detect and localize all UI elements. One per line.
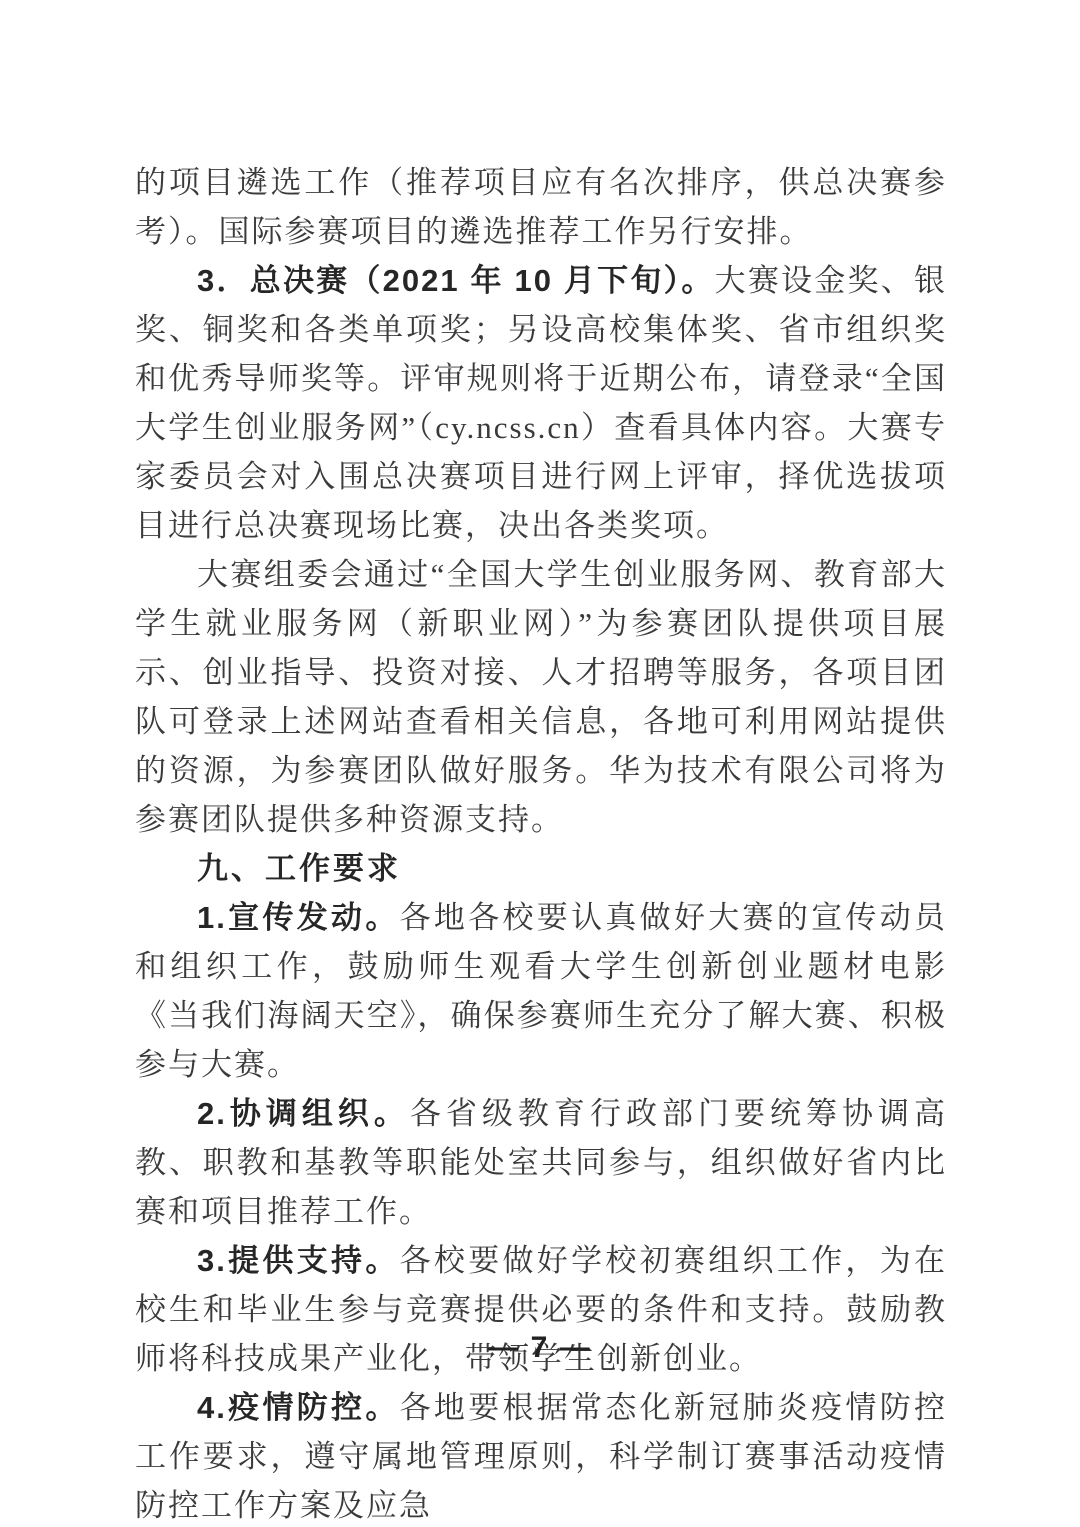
paragraph-text: 的项目遴选工作（推荐项目应有名次排序，供总决赛参考）。国际参赛项目的遴选推荐工作… [135, 165, 947, 249]
paragraph-continuation: 的项目遴选工作（推荐项目应有名次排序，供总决赛参考）。国际参赛项目的遴选推荐工作… [135, 158, 947, 256]
paragraph-text: 大赛组委会通过“全国大学生创业服务网、教育部大学生就业服务网（新职业网）”为参赛… [135, 557, 947, 837]
paragraph-text: 大赛设金奖、银奖、铜奖和各类单项奖；另设高校集体奖、省市组织奖和优秀导师奖等。评… [135, 263, 947, 543]
paragraph-epidemic-prevention: 4.疫情防控。各地要根据常态化新冠肺炎疫情防控工作要求，遵守属地管理原则，科学制… [135, 1383, 947, 1527]
paragraph-final-round: 3．总决赛（2021 年 10 月下旬）。大赛设金奖、银奖、铜奖和各类单项奖；另… [135, 256, 947, 550]
page-number: — 7 — [0, 1331, 1080, 1365]
document-page: 的项目遴选工作（推荐项目应有名次排序，供总决赛参考）。国际参赛项目的遴选推荐工作… [0, 0, 1080, 1527]
section-heading-text: 九、工作要求 [197, 851, 401, 886]
paragraph-lead: 4.疫情防控。 [197, 1390, 400, 1425]
paragraph-coordination: 2.协调组织。各省级教育行政部门要统筹协调高教、职教和基教等职能处室共同参与，组… [135, 1089, 947, 1236]
paragraph-lead: 3.提供支持。 [197, 1243, 400, 1278]
paragraph-lead: 3．总决赛（2021 年 10 月下旬）。 [197, 263, 715, 298]
paragraph-committee-services: 大赛组委会通过“全国大学生创业服务网、教育部大学生就业服务网（新职业网）”为参赛… [135, 550, 947, 844]
paragraph-lead: 2.协调组织。 [197, 1096, 410, 1131]
section-heading-work-requirements: 九、工作要求 [135, 844, 947, 893]
paragraph-lead: 1.宣传发动。 [197, 900, 400, 935]
paragraph-publicity: 1.宣传发动。各地各校要认真做好大赛的宣传动员和组织工作，鼓励师生观看大学生创新… [135, 893, 947, 1089]
document-body: 的项目遴选工作（推荐项目应有名次排序，供总决赛参考）。国际参赛项目的遴选推荐工作… [135, 158, 947, 1527]
